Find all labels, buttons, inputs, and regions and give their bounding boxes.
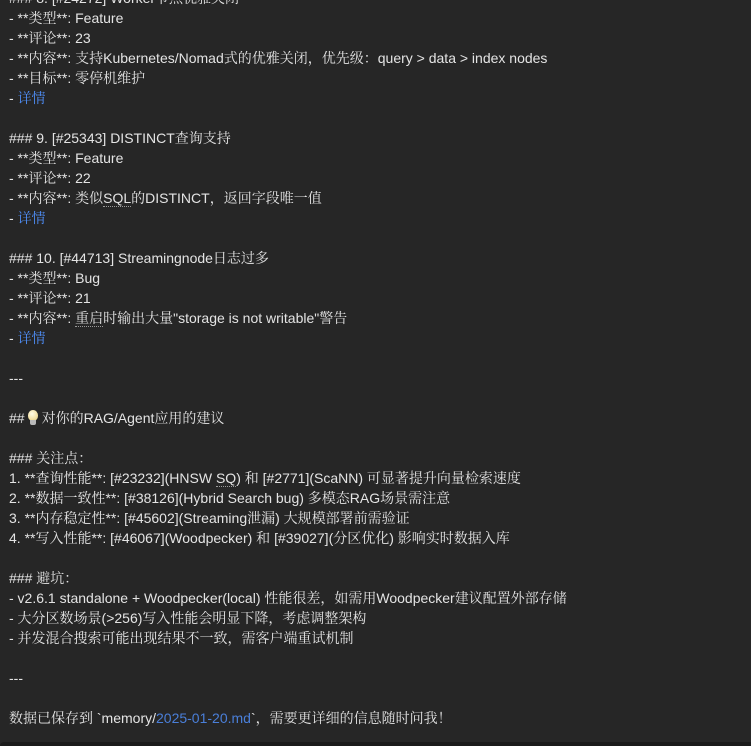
focus-item: 3. **内存稳定性**: [#45602](Streaming泄漏) 大规模部… xyxy=(9,508,744,528)
bullet: - xyxy=(9,90,18,106)
issue-type: - **类型**: Feature xyxy=(9,148,744,168)
pitfall-item: - v2.6.1 standalone + Woodpecker(local) … xyxy=(9,588,744,608)
issue-heading: ### 10. [#44713] Streamingnode日志过多 xyxy=(9,248,744,268)
pitfall-item: - 大分区数场景(>256)写入性能会明显下降，考虑调整架构 xyxy=(9,608,744,628)
content-text: 的DISTINCT，返回字段唯一值 xyxy=(131,190,322,206)
pitfall-item: - 并发混合搜索可能出现结果不一致，需客户端重试机制 xyxy=(9,628,744,648)
detail-link[interactable]: 详情 xyxy=(18,90,46,106)
spacer xyxy=(9,428,744,448)
panel-bottom-edge xyxy=(0,742,751,746)
chat-message-body: ### 8. [#24272] Worker节点优雅关闭 - **类型**: F… xyxy=(9,0,744,728)
advice-heading-text: 对你的RAG/Agent应用的建议 xyxy=(42,410,225,426)
focus-item: 4. **写入性能**: [#46067](Woodpecker) 和 [#39… xyxy=(9,528,744,548)
spellcheck-word: SQL xyxy=(103,190,131,207)
issue-detail-row: - 详情 xyxy=(9,328,744,348)
pitfalls-heading: ### 避坑： xyxy=(9,568,744,588)
footer-text: `，需要更详细的信息随时问我！ xyxy=(251,710,452,726)
issue-detail-row: - 详情 xyxy=(9,208,744,228)
content-text: 时输出大量"storage is not writable"警告 xyxy=(103,310,347,326)
bullet: - xyxy=(9,210,18,226)
focus-item: 1. **查询性能**: [#23232](HNSW SQ) 和 [#2771]… xyxy=(9,468,744,488)
issue-heading: ### 8. [#24272] Worker节点优雅关闭 xyxy=(9,0,744,8)
separator: --- xyxy=(9,368,744,388)
issue-goal: - **目标**: 零停机维护 xyxy=(9,68,744,88)
content-text: - **内容**: 类似 xyxy=(9,190,103,206)
detail-link[interactable]: 详情 xyxy=(18,210,46,226)
focus-text: ) 和 [#2771](ScaNN) 可显著提升向量检索速度 xyxy=(236,470,521,486)
issue-type: - **类型**: Feature xyxy=(9,8,744,28)
spacer xyxy=(9,648,744,668)
lightbulb-icon xyxy=(28,410,38,426)
bullet: - xyxy=(9,330,18,346)
footer-note: 数据已保存到 `memory/2025-01-20.md`，需要更详细的信息随时… xyxy=(9,708,744,728)
issue-type: - **类型**: Bug xyxy=(9,268,744,288)
issue-comments: - **评论**: 23 xyxy=(9,28,744,48)
spacer xyxy=(9,108,744,128)
issue-detail-row: - 详情 xyxy=(9,88,744,108)
content-text: - **内容**: xyxy=(9,310,75,326)
spellcheck-word: SQ xyxy=(216,470,236,487)
issue-comments: - **评论**: 21 xyxy=(9,288,744,308)
spacer xyxy=(9,388,744,408)
focus-item: 2. **数据一致性**: [#38126](Hybrid Search bug… xyxy=(9,488,744,508)
issue-content: - **内容**: 支持Kubernetes/Nomad式的优雅关闭，优先级：q… xyxy=(9,48,744,68)
focus-heading: ### 关注点： xyxy=(9,448,744,468)
issue-content: - **内容**: 类似SQL的DISTINCT，返回字段唯一值 xyxy=(9,188,744,208)
spacer xyxy=(9,688,744,708)
separator: --- xyxy=(9,668,744,688)
file-path-link[interactable]: 2025-01-20.md xyxy=(156,710,251,726)
spacer xyxy=(9,348,744,368)
issue-heading: ### 9. [#25343] DISTINCT查询支持 xyxy=(9,128,744,148)
heading-marker: ## xyxy=(9,410,25,426)
focus-text: 1. **查询性能**: [#23232](HNSW xyxy=(9,470,216,486)
spacer xyxy=(9,548,744,568)
advice-heading: ##对你的RAG/Agent应用的建议 xyxy=(9,408,744,428)
spellcheck-word: 重启 xyxy=(75,310,103,327)
issue-comments: - **评论**: 22 xyxy=(9,168,744,188)
spacer xyxy=(9,228,744,248)
issue-content: - **内容**: 重启时输出大量"storage is not writabl… xyxy=(9,308,744,328)
detail-link[interactable]: 详情 xyxy=(18,330,46,346)
footer-text: 数据已保存到 `memory/ xyxy=(9,710,156,726)
